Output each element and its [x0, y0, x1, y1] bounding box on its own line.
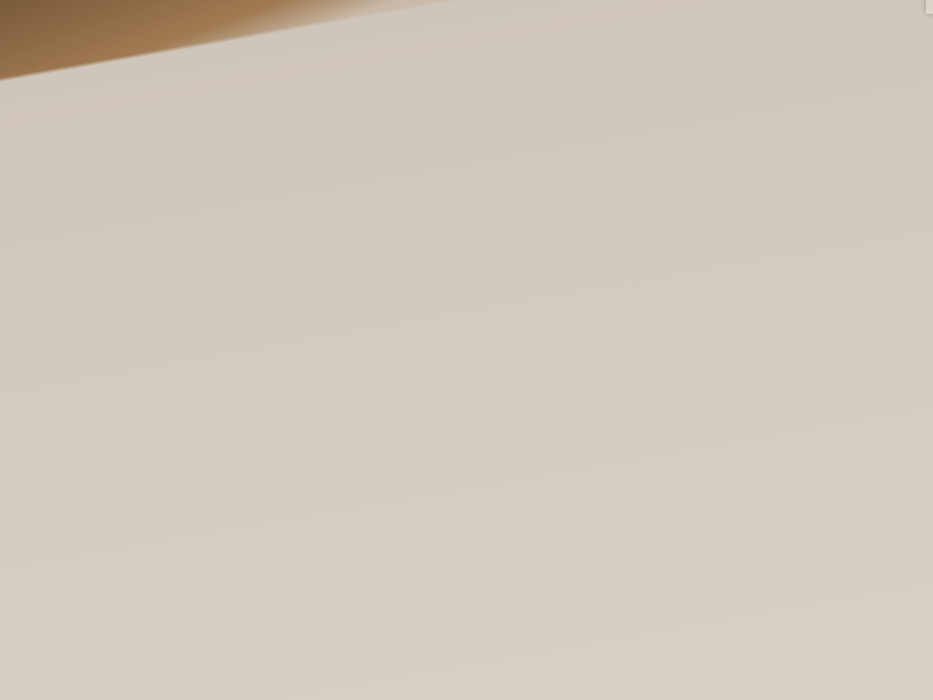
background-sheet	[0, 0, 933, 700]
